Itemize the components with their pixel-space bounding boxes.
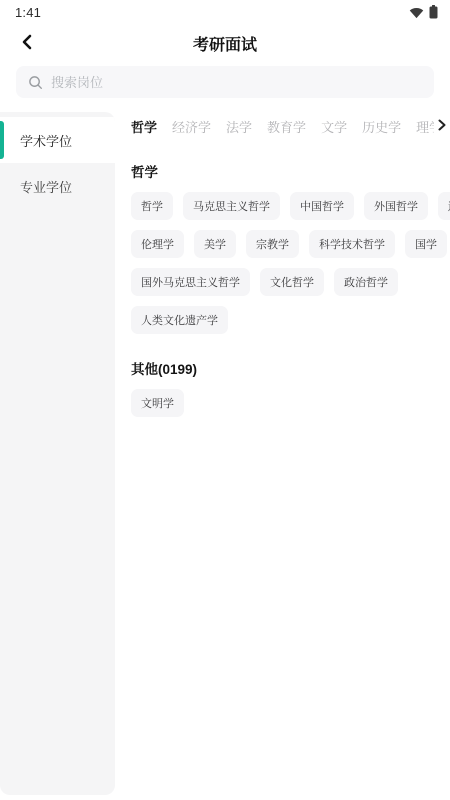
tag[interactable]: 逻辑学: [438, 192, 450, 220]
tab-4[interactable]: 文学: [321, 117, 347, 136]
sidebar-item-0[interactable]: 学术学位: [0, 117, 115, 163]
active-indicator: [0, 121, 4, 159]
tag[interactable]: 中国哲学: [290, 192, 354, 220]
section-title: 哲学: [131, 161, 450, 181]
search-area: [0, 62, 450, 98]
tag[interactable]: 宗教学: [246, 230, 299, 258]
search-icon: [28, 75, 51, 90]
wifi-icon: [409, 6, 424, 19]
tag[interactable]: 国外马克思主义哲学: [131, 268, 250, 296]
back-button[interactable]: [10, 24, 44, 62]
tag[interactable]: 美学: [194, 230, 236, 258]
tag[interactable]: 政治哲学: [334, 268, 398, 296]
tag-row: 国外马克思主义哲学文化哲学政治哲学: [131, 268, 450, 296]
tag-row: 文明学: [131, 389, 450, 417]
search-bar[interactable]: [16, 66, 434, 98]
sidebar-item-1[interactable]: 专业学位: [0, 163, 115, 209]
tag-row: 哲学马克思主义哲学中国哲学外国哲学逻辑学: [131, 192, 450, 220]
tag-row: 伦理学美学宗教学科学技术哲学国学: [131, 230, 450, 258]
section-1: 其他(0199)文明学: [131, 358, 450, 417]
tag[interactable]: 伦理学: [131, 230, 184, 258]
tag-row: 人类文化遗产学: [131, 306, 450, 334]
status-time: 1:41: [15, 5, 41, 20]
tag[interactable]: 国学: [405, 230, 447, 258]
more-tabs-button[interactable]: [434, 114, 446, 138]
chevron-right-icon: [438, 119, 446, 134]
status-bar: 1:41: [0, 0, 450, 24]
sidebar: 学术学位专业学位: [0, 112, 115, 795]
tab-3[interactable]: 教育学: [267, 117, 306, 136]
section-title: 其他(0199): [131, 358, 450, 378]
section-0: 哲学哲学马克思主义哲学中国哲学外国哲学逻辑学伦理学美学宗教学科学技术哲学国学国外…: [131, 161, 450, 334]
search-input[interactable]: [51, 75, 422, 90]
tabs-bar: 哲学经济学法学教育学文学历史学理学: [131, 114, 450, 138]
tag[interactable]: 哲学: [131, 192, 173, 220]
tag[interactable]: 文明学: [131, 389, 184, 417]
tab-1[interactable]: 经济学: [172, 117, 211, 136]
tag[interactable]: 马克思主义哲学: [183, 192, 280, 220]
status-icons: [409, 5, 438, 19]
tag[interactable]: 外国哲学: [364, 192, 428, 220]
tag[interactable]: 人类文化遗产学: [131, 306, 228, 334]
tag[interactable]: 文化哲学: [260, 268, 324, 296]
tab-0[interactable]: 哲学: [131, 117, 157, 136]
tag[interactable]: 科学技术哲学: [309, 230, 395, 258]
sidebar-item-label: 学术学位: [20, 131, 72, 150]
chevron-left-icon: [20, 34, 34, 53]
sidebar-item-label: 专业学位: [20, 177, 72, 196]
main-panel: 哲学经济学法学教育学文学历史学理学 哲学哲学马克思主义哲学中国哲学外国哲学逻辑学…: [115, 112, 450, 427]
sections: 哲学哲学马克思主义哲学中国哲学外国哲学逻辑学伦理学美学宗教学科学技术哲学国学国外…: [131, 161, 450, 417]
battery-icon: [429, 5, 438, 19]
page-title: 考研面试: [193, 32, 257, 55]
tab-2[interactable]: 法学: [226, 117, 252, 136]
header: 考研面试: [0, 24, 450, 62]
content: 学术学位专业学位 哲学经济学法学教育学文学历史学理学 哲学哲学马克思主义哲学中国…: [0, 112, 450, 795]
tab-5[interactable]: 历史学: [362, 117, 401, 136]
